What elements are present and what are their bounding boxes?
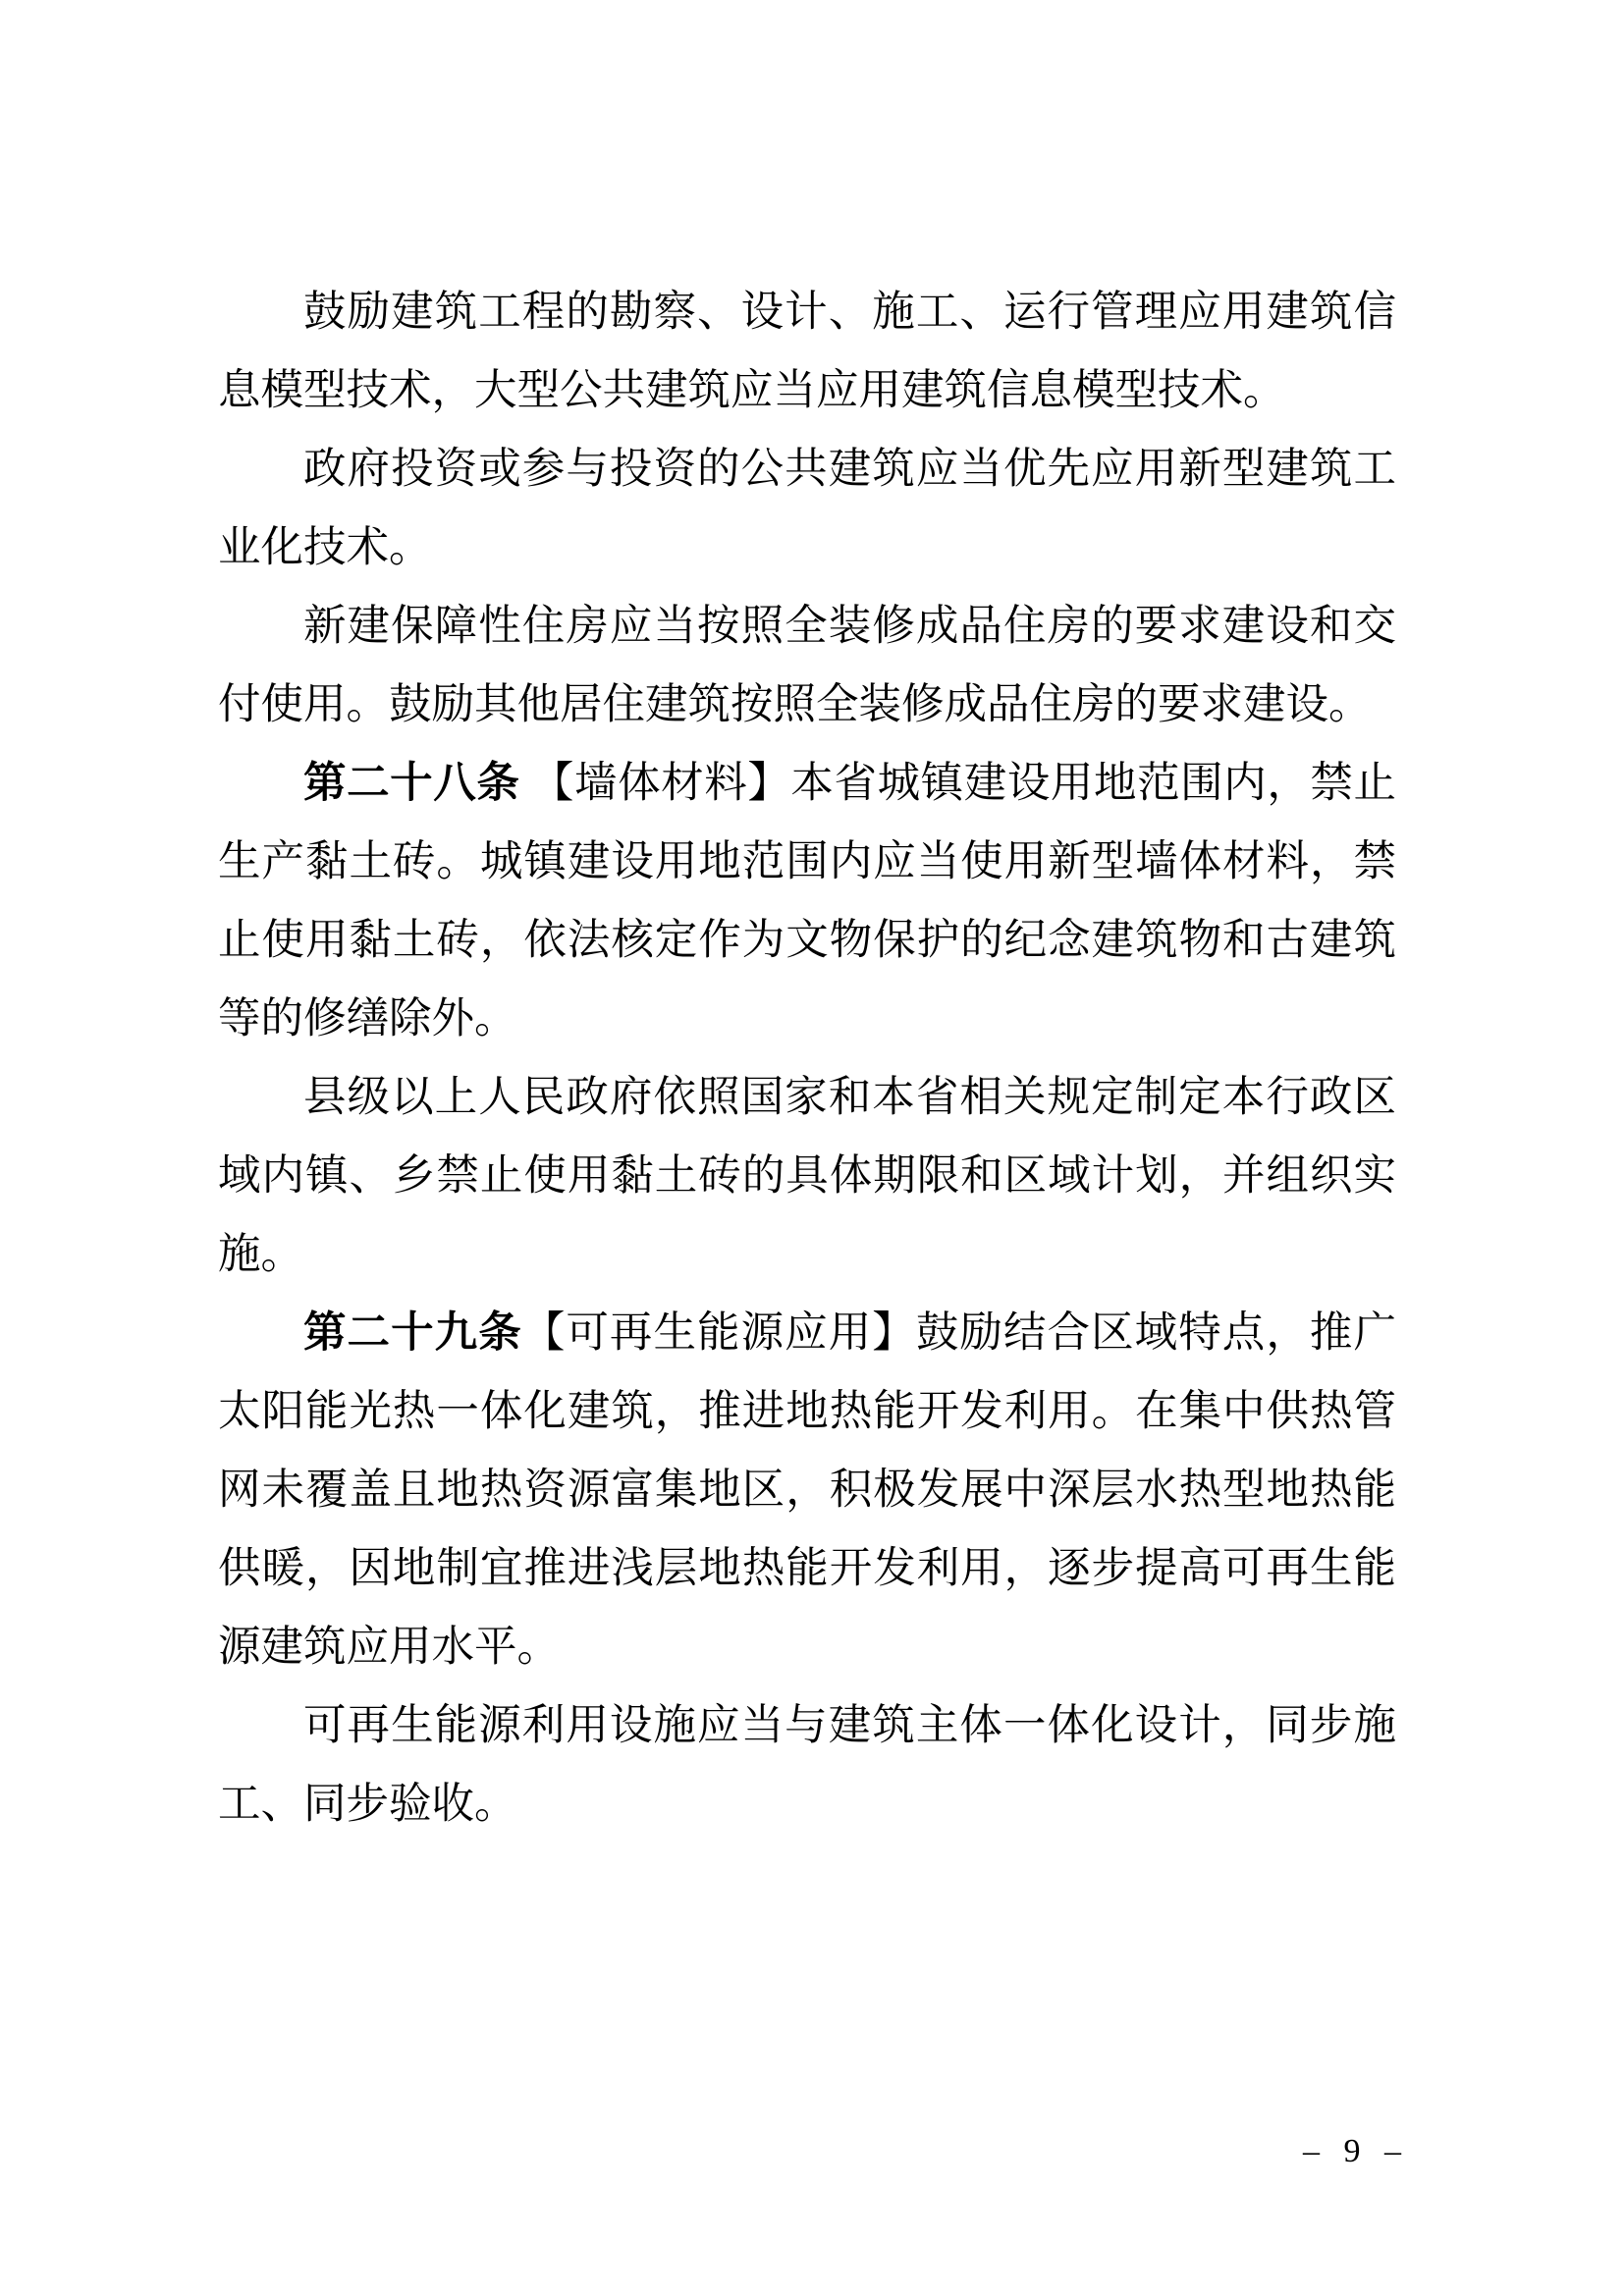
text-run: 政府投资或参与投资的公共建筑应当优先应用新型建筑工业化技术。 [218,446,1396,571]
text-run: 新建保障性住房应当按照全装修成品住房的要求建设和交付使用。鼓励其他居住建筑按照全… [218,603,1396,728]
paragraph: 鼓励建筑工程的勘察、设计、施工、运行管理应用建筑信息模型技术，大型公共建筑应当应… [218,273,1396,430]
text-run: 【可再生能源应用】鼓励结合区域特点，推广太阳能光热一体化建筑，推进地热能开发利用… [218,1309,1396,1671]
paragraph: 政府投资或参与投资的公共建筑应当优先应用新型建筑工业化技术。 [218,430,1396,587]
text-run: 鼓励建筑工程的勘察、设计、施工、运行管理应用建筑信息模型技术，大型公共建筑应当应… [218,289,1396,414]
document-page: 鼓励建筑工程的勘察、设计、施工、运行管理应用建筑信息模型技术，大型公共建筑应当应… [0,0,1624,2296]
article-number-heading: 第二十九条 [303,1309,522,1357]
paragraph: 新建保障性住房应当按照全装修成品住房的要求建设和交付使用。鼓励其他居住建筑按照全… [218,587,1396,744]
page-number: – 9 – [1248,2130,1464,2173]
paragraph: 县级以上人民政府依照国家和本省相关规定制定本行政区域内镇、乡禁止使用黏土砖的具体… [218,1058,1396,1294]
body-text: 鼓励建筑工程的勘察、设计、施工、运行管理应用建筑信息模型技术，大型公共建筑应当应… [218,273,1396,1843]
text-run: 县级以上人民政府依照国家和本省相关规定制定本行政区域内镇、乡禁止使用黏土砖的具体… [218,1074,1396,1278]
article-number-heading: 第二十八条 [303,760,519,807]
paragraph: 第二十九条【可再生能源应用】鼓励结合区域特点，推广太阳能光热一体化建筑，推进地热… [218,1294,1396,1686]
paragraph: 第二十八条 【墙体材料】本省城镇建设用地范围内，禁止生产黏土砖。城镇建设用地范围… [218,744,1396,1058]
paragraph: 可再生能源利用设施应当与建筑主体一体化设计，同步施工、同步验收。 [218,1686,1396,1843]
text-run: 可再生能源利用设施应当与建筑主体一体化设计，同步施工、同步验收。 [218,1702,1396,1828]
